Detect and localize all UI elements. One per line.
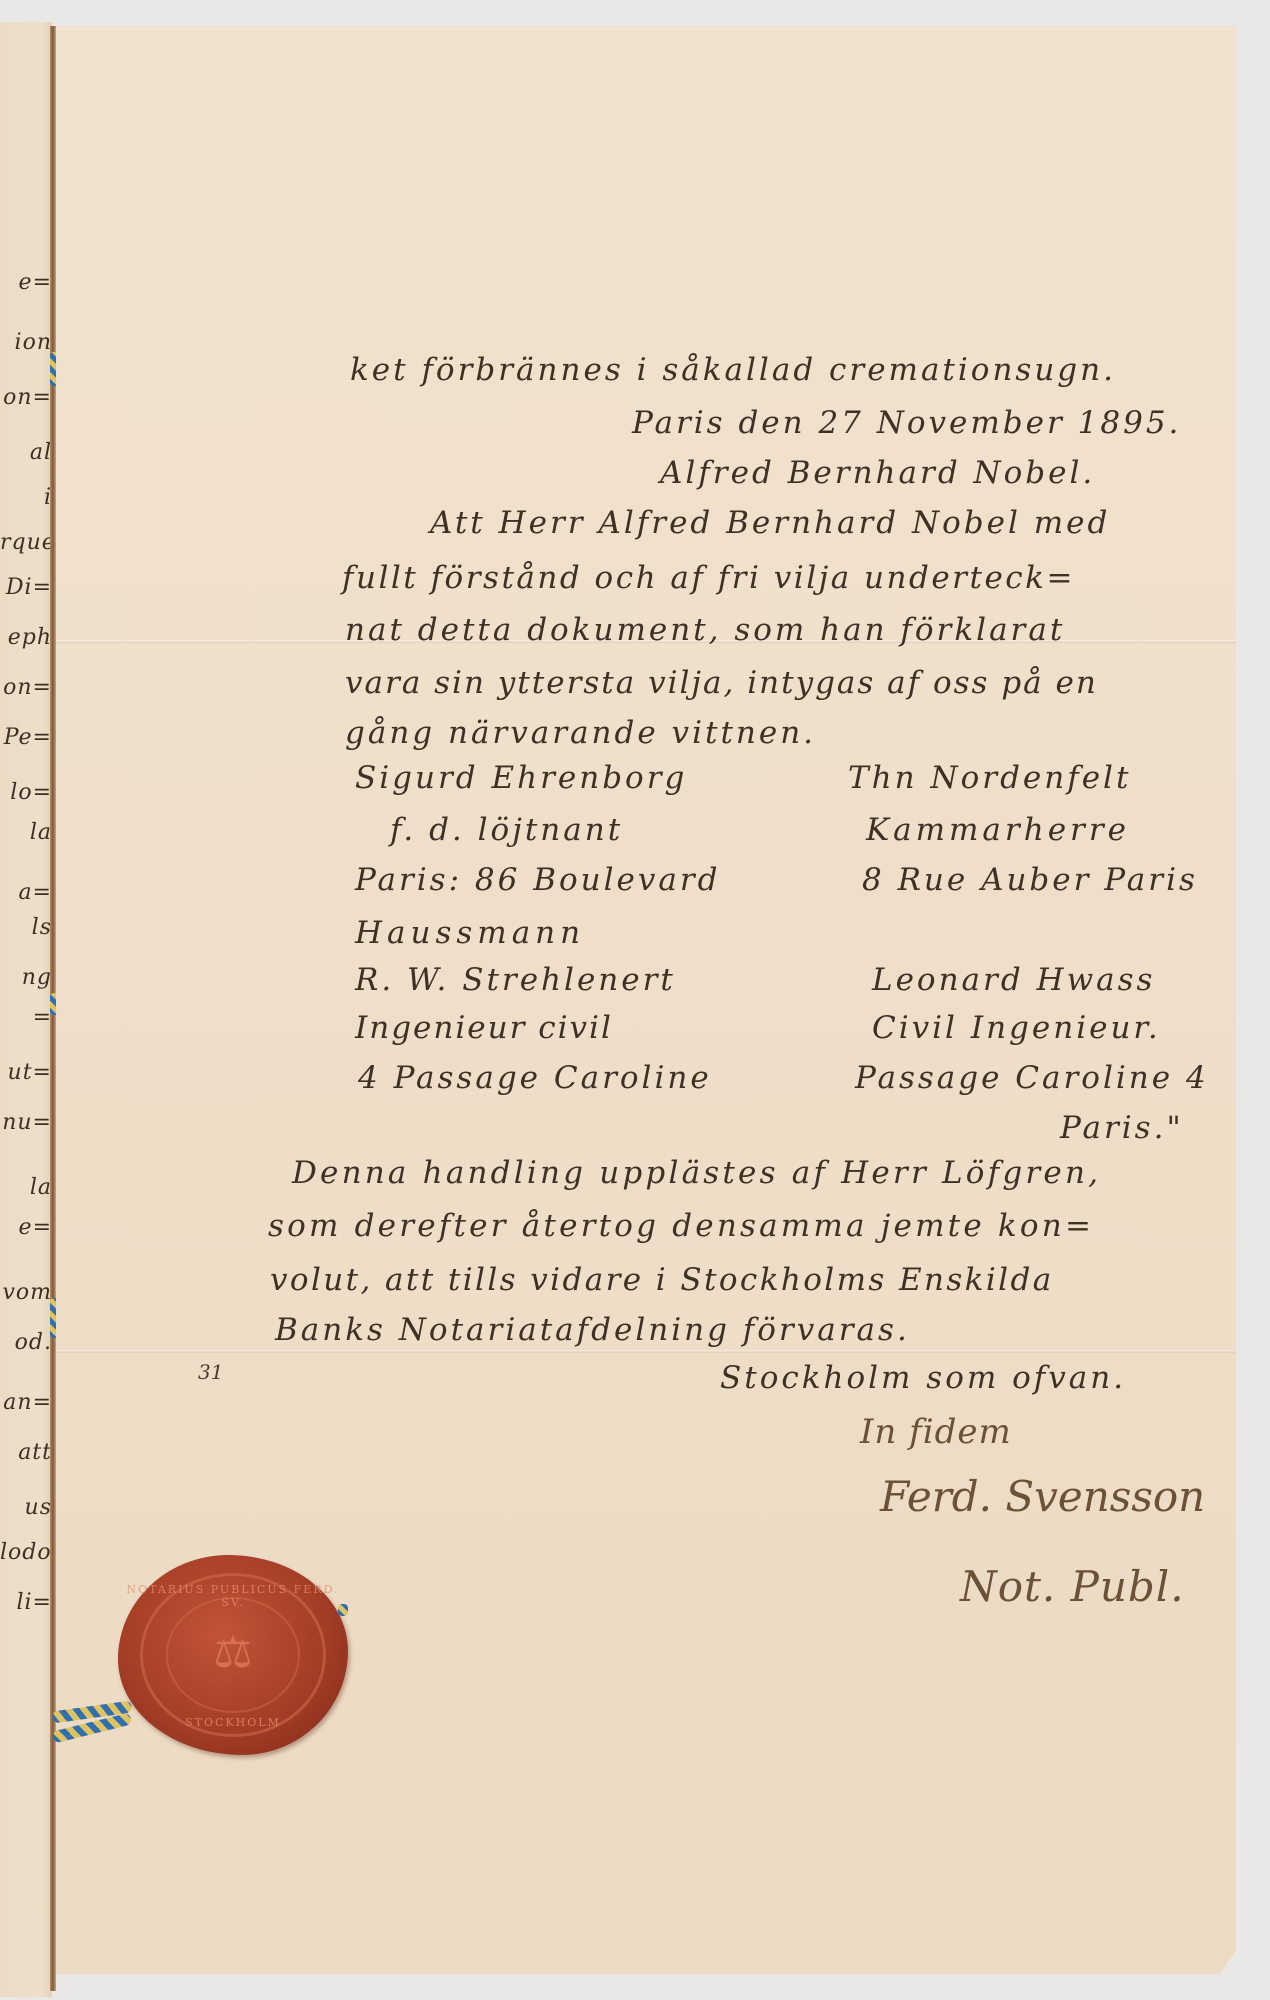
notary-line-4: Banks Notariatafdelning förvaras. (275, 1312, 910, 1348)
left-page-text-fragment: ut= (0, 1060, 52, 1085)
left-page-text-fragment: = (0, 1005, 52, 1030)
witness-4-address-1: Passage Caroline 4 (855, 1060, 1209, 1096)
left-page-text-fragment: vom (0, 1280, 52, 1305)
witness-3-name: Thn Nordenfelt (848, 760, 1131, 796)
left-facing-page: e=ionon=alirqueDi=ephon=Pe=lo=laa=lsng=u… (0, 22, 52, 1997)
left-page-text-fragment: an= (0, 1390, 52, 1415)
left-page-text-fragment: ng (0, 965, 52, 990)
notary-signature-line-3: Not. Publ. (960, 1562, 1185, 1611)
witness-1-title: f. d. löjtnant (390, 812, 623, 848)
notary-line-3: volut, att tills vidare i Stockholms Ens… (270, 1262, 1054, 1298)
witness-1-address-2: Haussmann (355, 915, 585, 951)
attestation-line-1: Att Herr Alfred Bernhard Nobel med (430, 505, 1110, 541)
left-page-text-fragment: nu= (0, 1110, 52, 1135)
left-page-text-fragment: lodo= (0, 1540, 52, 1565)
date-line: Paris den 27 November 1895. (632, 405, 1181, 441)
witness-2-name: R. W. Strehlenert (355, 962, 676, 998)
seal-legend-bottom: STOCKHOLM (118, 1716, 348, 1729)
attestation-line-4: vara sin yttersta vilja, intygas af oss … (345, 665, 1098, 701)
left-page-text-fragment: a= (0, 880, 52, 905)
text-line-cremation: ket förbrännes i såkallad cremationsugn. (350, 352, 1116, 388)
left-page-text-fragment: la (0, 1175, 52, 1200)
scales-emblem-icon: ⚖ (118, 1627, 348, 1678)
testator-signature: Alfred Bernhard Nobel. (660, 455, 1095, 491)
notary-signature-line-1: In fidem (860, 1412, 1012, 1452)
left-page-text-fragment: Di= (0, 575, 52, 600)
left-page-text-fragment: od. (0, 1330, 52, 1355)
witness-1-address-1: Paris: 86 Boulevard (355, 862, 721, 898)
left-page-text-fragment: la (0, 820, 52, 845)
seal-legend-top: NOTARIUS PUBLICUS FERD. SV. (118, 1583, 348, 1609)
witness-1-name: Sigurd Ehrenborg (355, 760, 687, 796)
left-page-text-fragment: e= (0, 1215, 52, 1240)
witness-4-name: Leonard Hwass (872, 962, 1155, 998)
notary-line-1: Denna handling upplästes af Herr Löfgren… (292, 1155, 1101, 1191)
witness-2-address: 4 Passage Caroline (358, 1060, 712, 1096)
left-page-text-fragment: Pe= (0, 725, 52, 750)
witness-3-address: 8 Rue Auber Paris (862, 862, 1198, 898)
witness-4-address-2: Paris." (1060, 1110, 1184, 1146)
left-page-text-fragment: rque (0, 530, 52, 555)
fold-line (56, 1350, 1236, 1353)
left-page-text-fragment: i (0, 485, 52, 510)
left-page-text-fragment: us (0, 1495, 52, 1520)
left-page-text-fragment: e= (0, 270, 52, 295)
wax-seal: NOTARIUS PUBLICUS FERD. SV. ⚖ STOCKHOLM (118, 1555, 348, 1755)
seal-thread-end (338, 1604, 348, 1616)
left-page-text-fragment: li= (0, 1590, 52, 1615)
left-page-text-fragment: eph (0, 625, 52, 650)
left-page-text-fragment: al (0, 440, 52, 465)
left-page-text-fragment: ls (0, 915, 52, 940)
attestation-line-3: nat detta dokument, som han förklarat (345, 612, 1065, 648)
witness-2-title: Ingenieur civil (355, 1010, 613, 1046)
left-page-text-fragment: att (0, 1440, 52, 1465)
witness-4-title: Civil Ingenieur. (872, 1010, 1161, 1046)
attestation-line-2: fullt förstånd och af fri vilja undertec… (342, 560, 1075, 596)
left-page-text-fragment: lo= (0, 780, 52, 805)
attestation-line-5: gång närvarande vittnen. (345, 715, 816, 751)
witness-3-title: Kammarherre (866, 812, 1130, 848)
left-page-text-fragment: on= (0, 675, 52, 700)
notary-signature-line-2: Ferd. Svensson (880, 1472, 1205, 1521)
place-line: Stockholm som ofvan. (720, 1360, 1126, 1396)
left-page-text-fragment: ion (0, 330, 52, 355)
left-page-text-fragment: on= (0, 385, 52, 410)
page-number: 31 (198, 1360, 223, 1384)
notary-line-2: som derefter återtog densamma jemte kon= (268, 1208, 1094, 1244)
